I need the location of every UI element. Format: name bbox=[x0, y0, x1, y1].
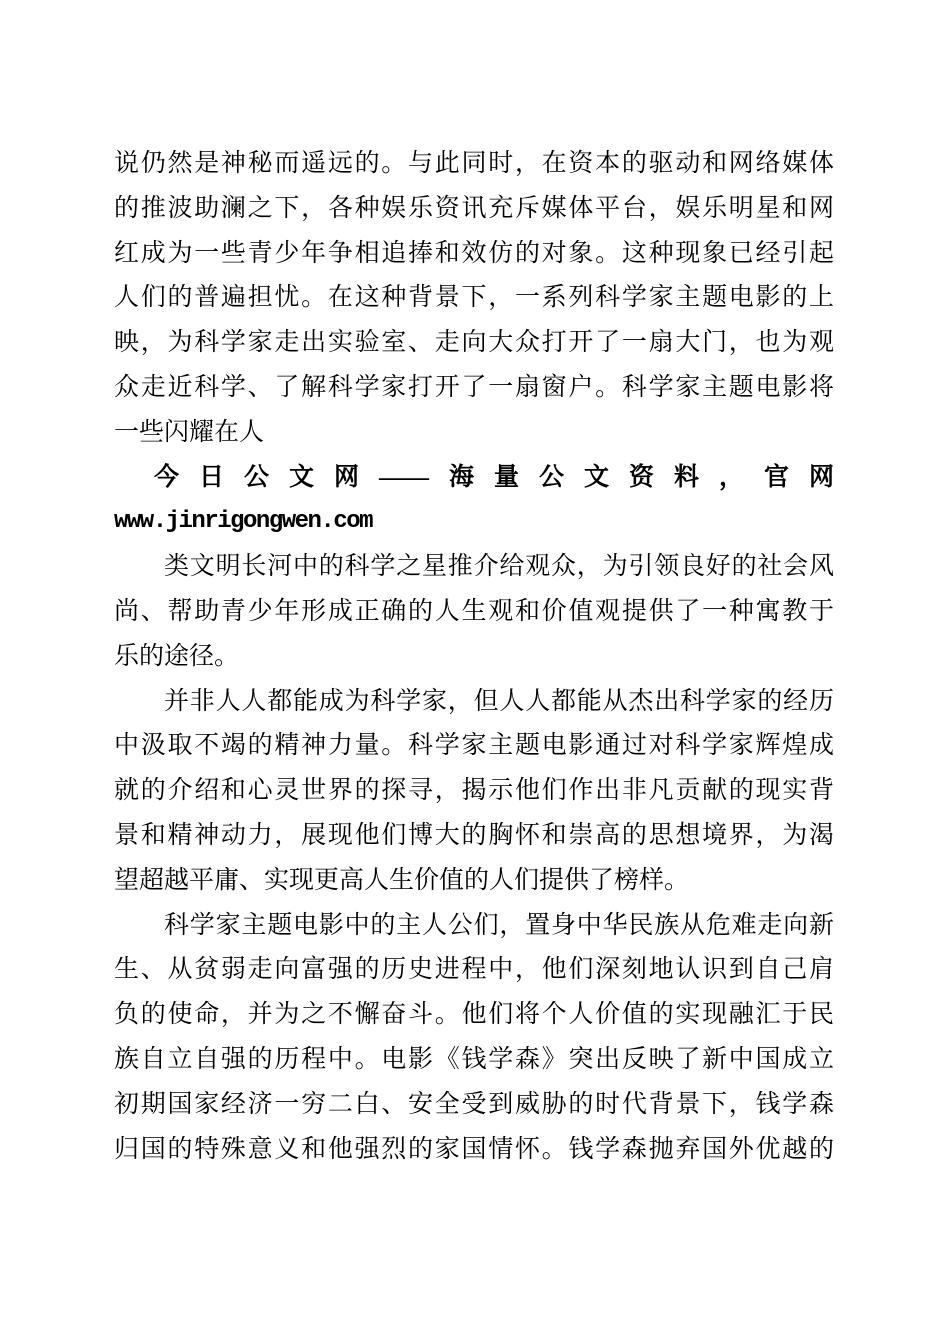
text-line: 尚、帮助青少年形成正确的人生观和价值观提供了一种寓教于 bbox=[114, 590, 834, 635]
text-line: 红成为一些青少年争相追捧和效仿的对象。这种现象已经引起 bbox=[114, 232, 834, 277]
promo-banner-line: 今日公文网——海量公文资料，官网 bbox=[114, 456, 834, 501]
text-line: 负的使命，并为之不懈奋斗。他们将个人价值的实现融汇于民 bbox=[114, 993, 834, 1038]
text-line: 并非人人都能成为科学家，但人人都能从杰出科学家的经历 bbox=[114, 680, 834, 725]
text-line: 一些闪耀在人 bbox=[114, 411, 834, 456]
text-line: 生、从贫弱走向富强的历史进程中，他们深刻地认识到自己肩 bbox=[114, 948, 834, 993]
text-line: 族自立自强的历程中。电影《钱学森》突出反映了新中国成立 bbox=[114, 1038, 834, 1083]
promo-url-line: www.jinrigongwen.com bbox=[114, 500, 834, 545]
text-line: 归国的特殊意义和他强烈的家国情怀。钱学森抛弃国外优越的 bbox=[114, 1128, 834, 1173]
text-line: 就的介绍和心灵世界的探寻，揭示他们作出非凡贡献的现实背 bbox=[114, 769, 834, 814]
text-line: 的推波助澜之下，各种娱乐资讯充斥媒体平台，娱乐明星和网 bbox=[114, 187, 834, 232]
text-line: 科学家主题电影中的主人公们，置身中华民族从危难走向新 bbox=[114, 904, 834, 949]
document-page: 说仍然是神秘而遥远的。与此同时，在资本的驱动和网络媒体 的推波助澜之下，各种娱乐… bbox=[114, 142, 834, 1172]
text-line: 望超越平庸、实现更高人生价值的人们提供了榜样。 bbox=[114, 859, 834, 904]
text-line: 映，为科学家走出实验室、走向大众打开了一扇大门，也为观 bbox=[114, 321, 834, 366]
text-line: 乐的途径。 bbox=[114, 635, 834, 680]
text-line: 初期国家经济一穷二白、安全受到威胁的时代背景下，钱学森 bbox=[114, 1083, 834, 1128]
text-line: 中汲取不竭的精神力量。科学家主题电影通过对科学家辉煌成 bbox=[114, 724, 834, 769]
text-line: 景和精神动力，展现他们博大的胸怀和崇高的思想境界，为渴 bbox=[114, 814, 834, 859]
text-line: 说仍然是神秘而遥远的。与此同时，在资本的驱动和网络媒体 bbox=[114, 142, 834, 187]
text-line: 人们的普遍担忧。在这种背景下，一系列科学家主题电影的上 bbox=[114, 276, 834, 321]
text-line: 类文明长河中的科学之星推介给观众，为引领良好的社会风 bbox=[114, 545, 834, 590]
text-line: 众走近科学、了解科学家打开了一扇窗户。科学家主题电影将 bbox=[114, 366, 834, 411]
